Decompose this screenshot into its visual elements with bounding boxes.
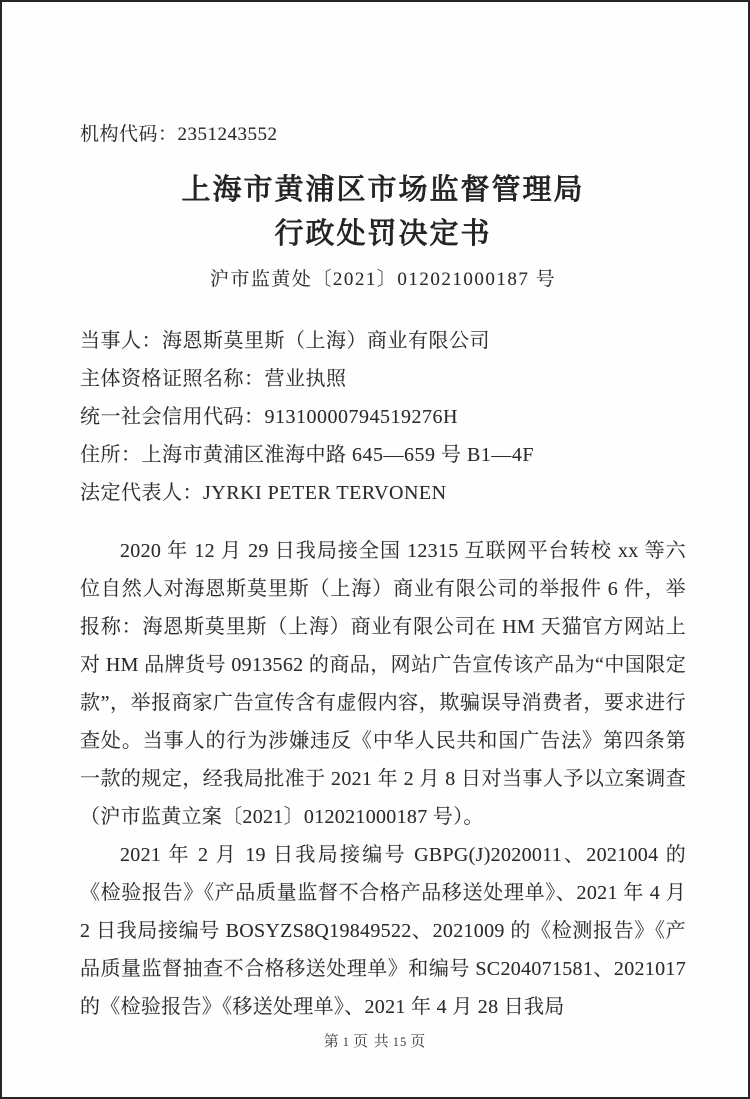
document-title: 上海市黄浦区市场监督管理局 行政处罚决定书 [80, 168, 686, 256]
body-paragraph-2: 2021 年 2 月 19 日我局接编号 GBPG(J)2020011、2021… [80, 836, 686, 1026]
party-line-name: 当事人：海恩斯莫里斯（上海）商业有限公司 [80, 322, 686, 360]
body-paragraph-1: 2020 年 12 月 29 日我局接全国 12315 互联网平台转校 xx 等… [80, 532, 686, 836]
party-info-section: 当事人：海恩斯莫里斯（上海）商业有限公司 主体资格证照名称：营业执照 统一社会信… [80, 322, 686, 512]
document-content-area: 机构代码：2351243552 上海市黄浦区市场监督管理局 行政处罚决定书 沪市… [2, 2, 748, 1097]
party-line-address: 住所：上海市黄浦区淮海中路 645—659 号 B1—4F [80, 436, 686, 474]
document-page: 机构代码：2351243552 上海市黄浦区市场监督管理局 行政处罚决定书 沪市… [0, 0, 750, 1099]
page-footer: 第1页 共15页 [2, 1030, 748, 1051]
party-line-credit-code: 统一社会信用代码：91310000794519276H [80, 398, 686, 436]
document-title-line-2: 行政处罚决定书 [80, 212, 686, 256]
party-line-license-type: 主体资格证照名称：营业执照 [80, 360, 686, 398]
footer-infix-label: 页 共 [353, 1034, 390, 1050]
footer-prefix-label: 第 [324, 1034, 340, 1050]
party-line-legal-representative: 法定代表人：JYRKI PETER TERVONEN [80, 474, 686, 512]
document-title-line-1: 上海市黄浦区市场监督管理局 [80, 168, 686, 212]
org-code-line: 机构代码：2351243552 [80, 122, 686, 148]
document-body: 2020 年 12 月 29 日我局接全国 12315 互联网平台转校 xx 等… [80, 532, 686, 1026]
footer-current-page-number: 1 [343, 1035, 350, 1049]
footer-suffix-label: 页 [410, 1034, 426, 1050]
footer-total-pages-number: 15 [393, 1035, 408, 1049]
document-number: 沪市监黄处〔2021〕012021000187 号 [80, 266, 686, 294]
